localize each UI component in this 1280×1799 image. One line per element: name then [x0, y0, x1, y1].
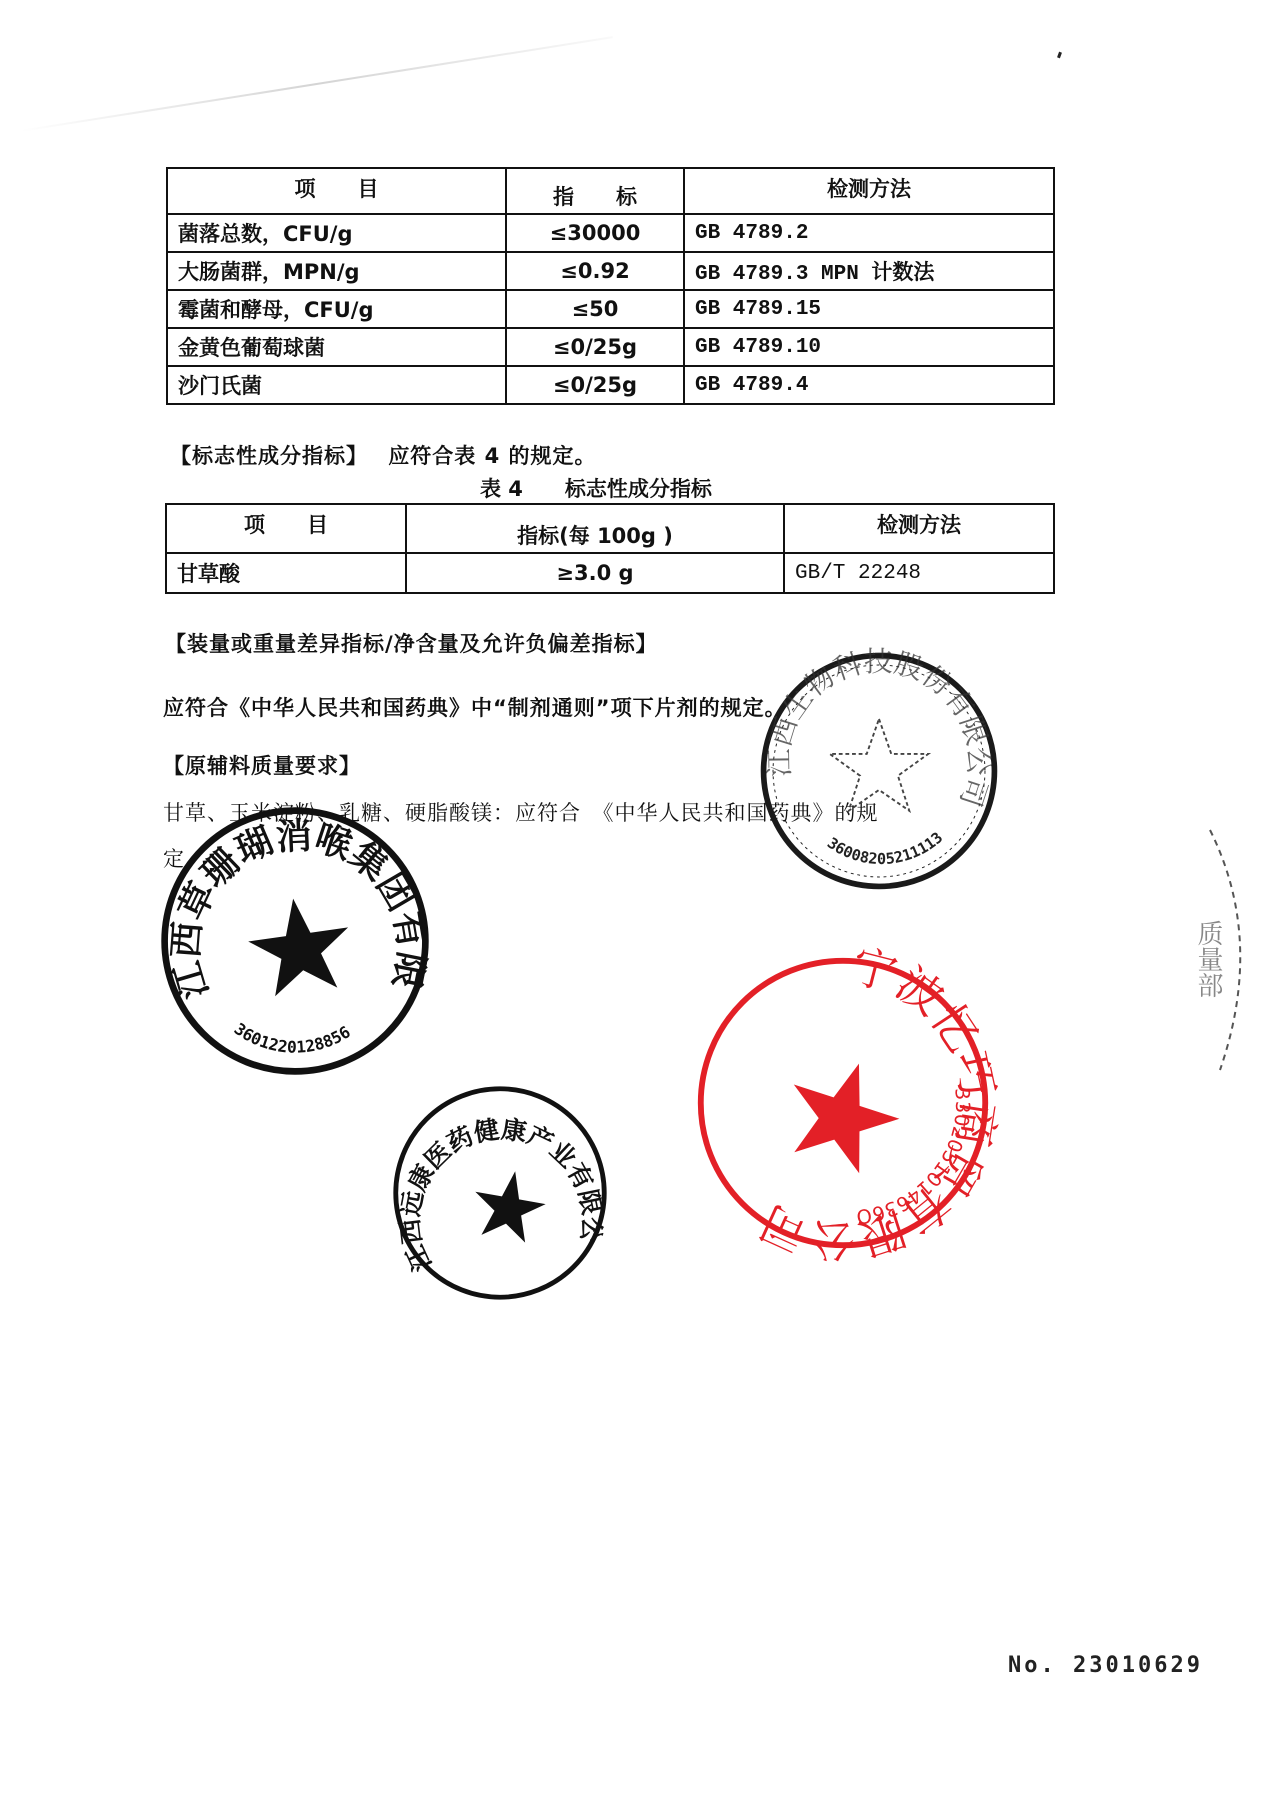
marker-heading-line: 【标志性成分指标】 应符合表 4 的规定。 [170, 440, 597, 470]
cell-item: 大肠菌群，MPN/g [167, 252, 506, 290]
stamp-seal-icon: 江西草珊瑚消喉集团有限公司 3601220128856 [150, 803, 440, 1079]
micro-table-header: 项 目 指 标 检测方法 [167, 168, 1054, 214]
ningbo-trading-stamp: 宁波忆巧商贸有限公司 3302051014636O [688, 952, 998, 1254]
header-method: 检测方法 [684, 168, 1054, 214]
table4-caption: 表 4 标志性成分指标 [480, 473, 712, 503]
cell-limit: ≤0/25g [506, 366, 684, 404]
raw-material-heading: 【原辅料质量要求】 [163, 750, 361, 780]
marker-text: 应符合表 4 的规定。 [388, 444, 596, 468]
marker-heading: 【标志性成分指标】 [170, 444, 368, 468]
svg-text:江西生物科技股份有限公司: 江西生物科技股份有限公司 [763, 645, 995, 811]
cell-limit: ≤0.92 [506, 252, 684, 290]
header-item: 项 目 [166, 504, 406, 553]
tech-company-stamp: 江西生物科技股份有限公司 36008205211113 [748, 648, 1010, 894]
svg-text:3601220128856: 3601220128856 [231, 1019, 354, 1057]
cell-limit: ≤50 [506, 290, 684, 328]
table-row: 菌落总数，CFU/g ≤30000 GB 4789.2 [167, 214, 1054, 252]
header-item: 项 目 [167, 168, 506, 214]
svg-text:3302051014636O: 3302051014636O [855, 1087, 974, 1229]
micro-table: 项 目 指 标 检测方法 菌落总数，CFU/g ≤30000 GB 4789.2… [166, 167, 1055, 405]
svg-text:质量部: 质量部 [1193, 920, 1223, 998]
header-method: 检测方法 [784, 504, 1054, 553]
table-row: 甘草酸 ≥3.0 g GB/T 22248 [166, 553, 1054, 593]
marker-table-header: 项 目 指标(每 100g ) 检测方法 [166, 504, 1054, 553]
stamp-seal-icon: 江西远康医药健康产业有限公司 [385, 1082, 615, 1304]
stamp-seal-icon: 江西生物科技股份有限公司 36008205211113 [748, 648, 1010, 894]
cell-limit: ≤30000 [506, 214, 684, 252]
cell-limit: ≤0/25g [506, 328, 684, 366]
cell-item: 沙门氏菌 [167, 366, 506, 404]
cell-item: 金黄色葡萄球菌 [167, 328, 506, 366]
scan-streak [20, 36, 613, 132]
cell-limit: ≥3.0 g [406, 553, 784, 593]
cell-method: GB 4789.3 MPN 计数法 [684, 252, 1054, 290]
svg-text:36008205211113: 36008205211113 [824, 828, 946, 868]
jiangxi-group-stamp: 江西草珊瑚消喉集团有限公司 3601220128856 [150, 803, 440, 1079]
serial-number: No. 23010629 [1008, 1653, 1203, 1678]
net-content-text: 应符合《中华人民共和国药典》中“制剂通则”项下片剂的规定。 [163, 692, 787, 722]
scan-speck [1057, 52, 1062, 59]
cell-method: GB 4789.15 [684, 290, 1054, 328]
table-row: 大肠菌群，MPN/g ≤0.92 GB 4789.3 MPN 计数法 [167, 252, 1054, 290]
stamp-seal-icon: 宁波忆巧商贸有限公司 3302051014636O [688, 952, 998, 1254]
cell-method: GB 4789.10 [684, 328, 1054, 366]
cell-method: GB/T 22248 [784, 553, 1054, 593]
cell-item: 霉菌和酵母，CFU/g [167, 290, 506, 328]
cell-item: 甘草酸 [166, 553, 406, 593]
table-row: 霉菌和酵母，CFU/g ≤50 GB 4789.15 [167, 290, 1054, 328]
header-limit: 指 标 [506, 168, 684, 214]
cell-item: 菌落总数，CFU/g [167, 214, 506, 252]
cell-method: GB 4789.4 [684, 366, 1054, 404]
edge-stamp: 质量部 [1190, 820, 1270, 1080]
net-content-heading: 【装量或重量差异指标/净含量及允许负偏差指标】 [165, 628, 658, 658]
stamp-fragment-icon: 质量部 [1190, 820, 1270, 1080]
marker-table: 项 目 指标(每 100g ) 检测方法 甘草酸 ≥3.0 g GB/T 222… [165, 503, 1055, 594]
table-row: 金黄色葡萄球菌 ≤0/25g GB 4789.10 [167, 328, 1054, 366]
cell-method: GB 4789.2 [684, 214, 1054, 252]
header-limit: 指标(每 100g ) [406, 504, 784, 553]
table-row: 沙门氏菌 ≤0/25g GB 4789.4 [167, 366, 1054, 404]
health-industry-stamp: 江西远康医药健康产业有限公司 [385, 1082, 615, 1304]
